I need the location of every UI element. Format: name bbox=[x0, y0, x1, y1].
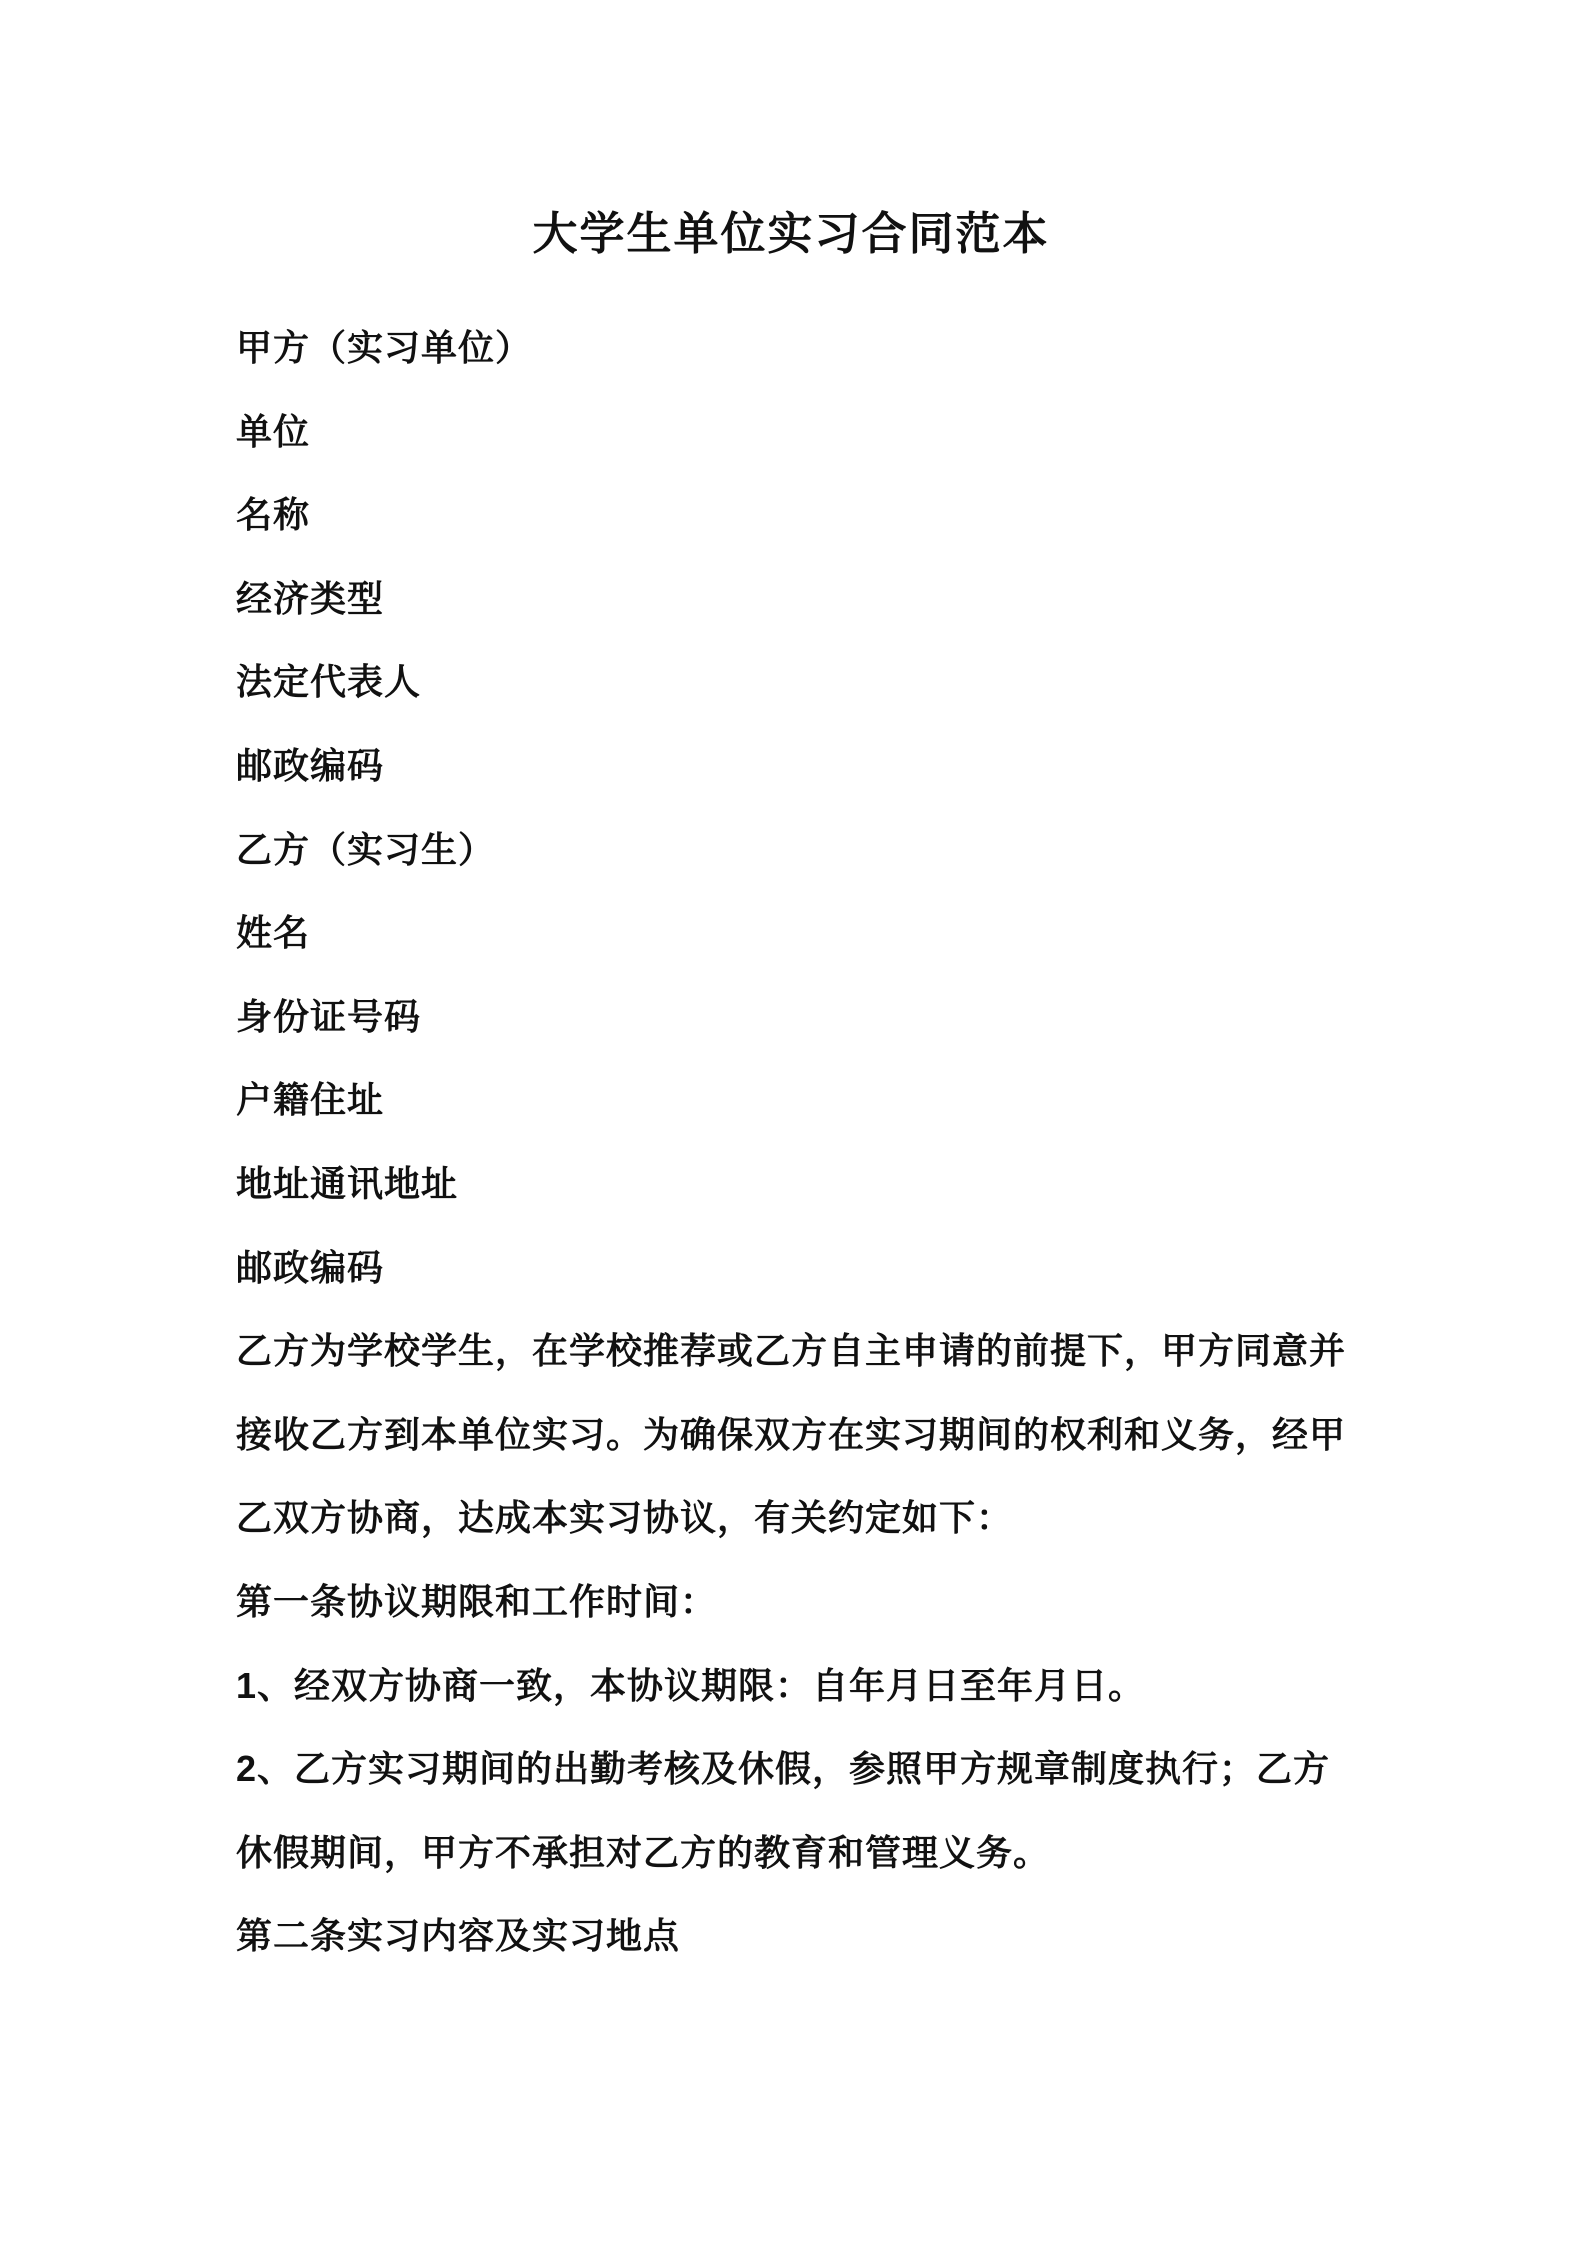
text-line: 第一条协议期限和工作时间： bbox=[236, 1560, 1356, 1644]
document-page: 大学生单位实习合同范本 甲方（实习单位）单位名称经济类型法定代表人邮政编码乙方（… bbox=[0, 0, 1586, 2244]
text-line: 休假期间，甲方不承担对乙方的教育和管理义务。 bbox=[236, 1811, 1356, 1895]
text-line: 乙方为学校学生，在学校推荐或乙方自主申请的前提下，甲方同意并 bbox=[236, 1309, 1356, 1393]
text-line: 经济类型 bbox=[236, 557, 1356, 641]
text-line: 2、乙方实习期间的出勤考核及休假，参照甲方规章制度执行；乙方 bbox=[236, 1727, 1356, 1811]
text-line: 地址通讯地址 bbox=[236, 1142, 1356, 1226]
text-line: 身份证号码 bbox=[236, 975, 1356, 1059]
text-line: 1、经双方协商一致，本协议期限：自年月日至年月日。 bbox=[236, 1644, 1356, 1728]
text-line: 单位 bbox=[236, 390, 1356, 474]
text-line: 第二条实习内容及实习地点 bbox=[236, 1894, 1356, 1978]
text-line: 乙方（实习生） bbox=[236, 808, 1356, 892]
document-body: 甲方（实习单位）单位名称经济类型法定代表人邮政编码乙方（实习生）姓名身份证号码户… bbox=[236, 306, 1356, 1978]
text-line: 乙双方协商，达成本实习协议，有关约定如下： bbox=[236, 1476, 1356, 1560]
text-line: 邮政编码 bbox=[236, 724, 1356, 808]
text-line: 邮政编码 bbox=[236, 1226, 1356, 1310]
text-line: 法定代表人 bbox=[236, 640, 1356, 724]
text-line: 姓名 bbox=[236, 891, 1356, 975]
text-line: 户籍住址 bbox=[236, 1058, 1356, 1142]
text-line: 接收乙方到本单位实习。为确保双方在实习期间的权利和义务，经甲 bbox=[236, 1393, 1356, 1477]
text-line: 名称 bbox=[236, 473, 1356, 557]
document-title: 大学生单位实习合同范本 bbox=[235, 203, 1347, 265]
text-line: 甲方（实习单位） bbox=[236, 306, 1356, 390]
